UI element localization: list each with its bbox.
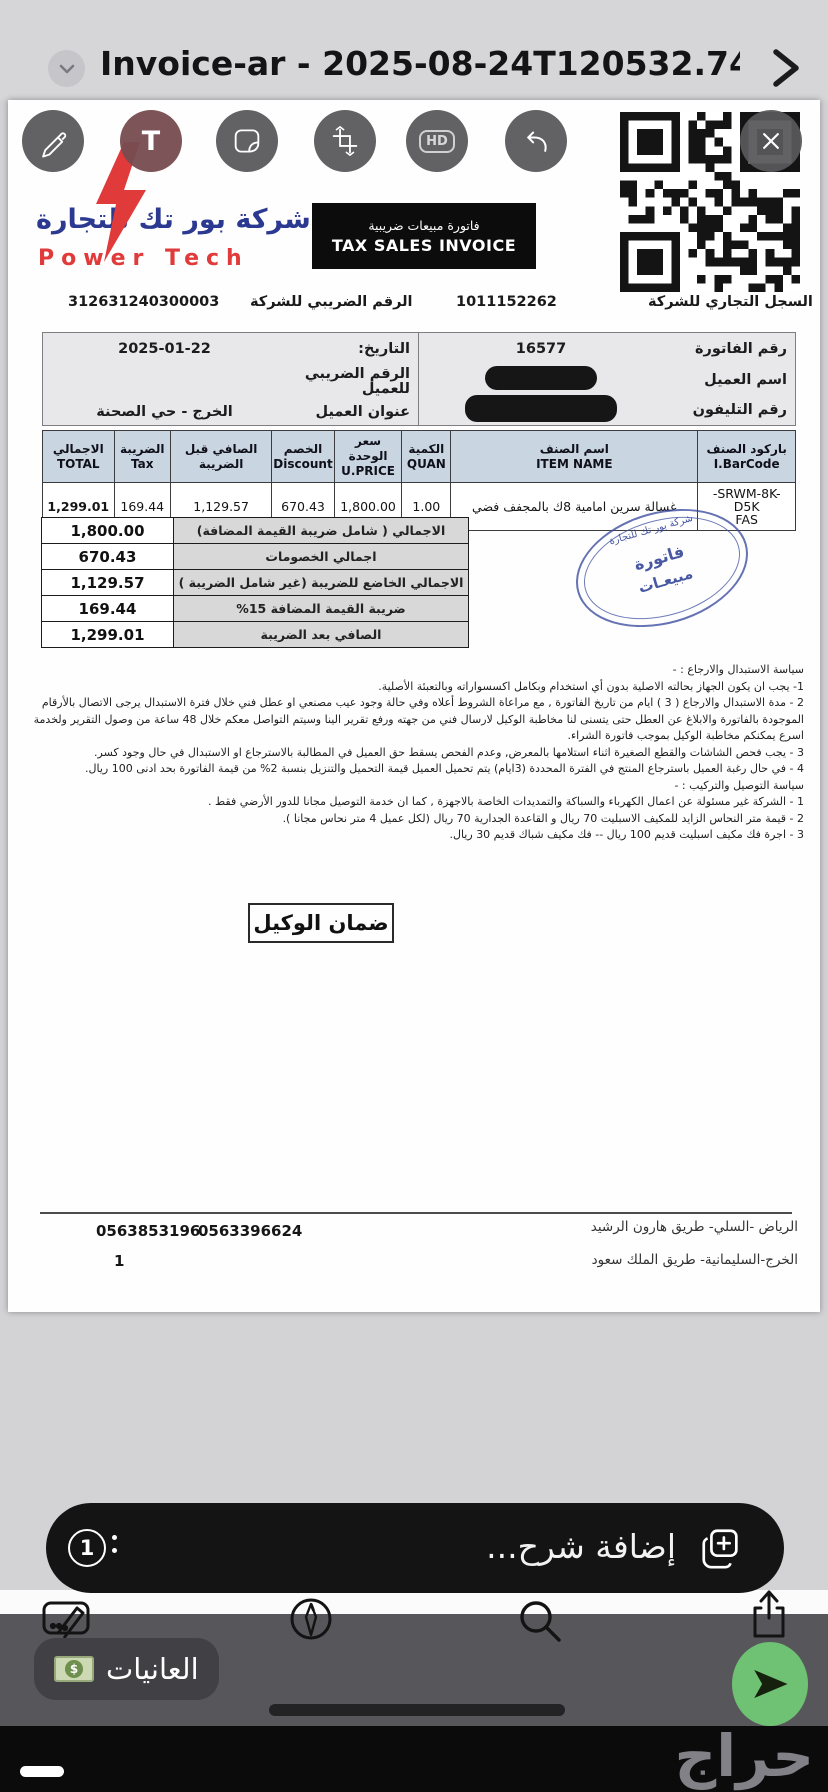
items-header-row: باركود الصنفI.BarCode اسم الصنفITEM NAME… (43, 431, 796, 483)
close-editor-button[interactable] (740, 110, 802, 172)
terms-line: 1- يجب ان يكون الجهاز بحالته الاصلية بدو… (24, 679, 804, 696)
haraj-logo: حراج (674, 1722, 814, 1790)
invoice-number-value: 16577 (419, 341, 663, 357)
company-name-arabic: شركة بور تك للتجارة (36, 204, 311, 235)
money-icon: $ (54, 1656, 94, 1682)
totals-summary-table: 1,800.00الاجمالي ( شامل ضريبة القيمة الم… (41, 517, 469, 648)
footer-divider (40, 1212, 792, 1214)
hd-badge: HD (419, 130, 455, 153)
add-caption-label: إضافة شرح... (486, 1527, 676, 1566)
customer-address-value: الخرج - حي الصحنة (43, 404, 286, 420)
commercial-register-label: السجل التجاري للشركة (648, 294, 813, 310)
terms-and-policies: سياسة الاستبدال والارجاع : - 1- يجب ان ي… (24, 662, 804, 844)
document-title: Invoice-ar - 2025-08-24T120532.74... (100, 44, 740, 83)
commercial-register-number: 1011152262 (456, 294, 557, 310)
collapse-chevron-icon[interactable] (48, 50, 85, 87)
terms-line: سياسة التوصيل والتركيب : - (24, 778, 804, 795)
undo-button[interactable] (505, 110, 567, 172)
summary-row: 1,129.57الاجمالي الخاضع للضريبة (غير شام… (42, 570, 469, 596)
footer-address-2: الخرج-السليمانية- طريق الملك سعود (592, 1252, 798, 1268)
page-indicator-badge[interactable]: 1 (68, 1529, 106, 1567)
markup-tool-button[interactable] (40, 1594, 92, 1644)
terms-line: 1 - الشركة غير مسئولة عن اعمال الكهرباء … (24, 794, 804, 811)
customer-address-label: عنوان العميل (286, 405, 418, 420)
customer-name-label: اسم العميل (663, 373, 795, 388)
summary-row: 1,299.01الصافي بعد الضريبة (42, 622, 469, 648)
col-item-name: اسم الصنفITEM NAME (451, 431, 698, 483)
date-label: التاريخ: (286, 342, 418, 357)
summary-row: 169.44ضريبة القيمة المضافة 15% (42, 596, 469, 622)
col-discount: الخصمDiscount (272, 431, 334, 483)
brand-bar: حراج (0, 1726, 828, 1792)
share-button[interactable] (746, 1588, 792, 1648)
banner-english: TAX SALES INVOICE (332, 236, 516, 255)
search-button[interactable] (515, 1596, 565, 1650)
send-button[interactable] (732, 1642, 808, 1726)
sticker-icon (230, 124, 264, 158)
sticker-tool-button[interactable] (216, 110, 278, 172)
draw-tool-button[interactable] (22, 110, 84, 172)
banner-arabic: فاتورة مبيعات ضريبية (368, 218, 479, 233)
terms-line: 3 - اجرة فك مكيف اسبليت قديم 100 ريال --… (24, 827, 804, 844)
toolbar-strip (0, 1590, 828, 1614)
text-tool-glyph: T (142, 126, 160, 157)
page-indicator-dots (112, 1535, 117, 1553)
customer-name-redacted (419, 366, 663, 394)
text-tool-button[interactable]: T (120, 110, 182, 172)
terms-line: 4 - في حال رغبة العميل باسترجاع المنتج ف… (24, 761, 804, 778)
title-bar: Invoice-ar - 2025-08-24T120532.74... (0, 0, 828, 100)
crop-rotate-button[interactable] (314, 110, 376, 172)
summary-row: 1,800.00الاجمالي ( شامل ضريبة القيمة الم… (42, 518, 469, 544)
terms-line: 2 - قيمة متر النحاس الزايد للمكيف الاسبل… (24, 811, 804, 828)
col-total: الاجماليTOTAL (43, 431, 115, 483)
registry-row: 312631240300003 الرقم الضريبي للشركة 101… (8, 294, 820, 320)
company-vat-label: الرقم الضريبي للشركة (250, 294, 413, 310)
customer-vat-label: الرقم الضريبي للعميل (286, 367, 418, 397)
send-arrow-icon (749, 1666, 791, 1702)
col-net-before-tax: الصافي قبل الضريبة (170, 431, 271, 483)
terms-line: سياسة الاستبدال والارجاع : - (24, 662, 804, 679)
col-unit-price: سعر الوحدةU.PRICE (334, 431, 402, 483)
phone-redacted (419, 395, 663, 426)
page-number: 1 (114, 1252, 124, 1270)
footer-phone-1: 0563853196 (96, 1222, 200, 1240)
close-icon (756, 126, 786, 156)
col-quantity: الكميةQUAN (402, 431, 451, 483)
invoice-info-box: رقم الفاتورة 16577 اسم العميل رقم التليف… (42, 332, 796, 426)
scroll-dash (20, 1766, 64, 1777)
undo-icon (519, 124, 553, 158)
add-caption-bar[interactable]: إضافة شرح... 1 (46, 1503, 784, 1593)
invoice-number-label: رقم الفاتورة (663, 342, 795, 357)
terms-line: 3 - يجب فحص الشاشات والقطع الصغيرة اثناء… (24, 745, 804, 762)
screen: Invoice-ar - 2025-08-24T120532.74... شرك… (0, 0, 828, 1792)
ads-chip[interactable]: $ العانيات (34, 1638, 219, 1700)
compass-tool-button[interactable] (288, 1594, 334, 1648)
col-tax: الضريبةTax (114, 431, 170, 483)
crop-rotate-icon (328, 124, 362, 158)
col-barcode: باركود الصنفI.BarCode (698, 431, 796, 483)
agent-warranty-box: ضمان الوكيل (248, 903, 394, 943)
phone-label: رقم التليفون (663, 403, 795, 418)
date-value: 2025-01-22 (43, 341, 286, 357)
forward-chevron-icon[interactable] (766, 44, 806, 92)
tax-invoice-banner: فاتورة مبيعات ضريبية TAX SALES INVOICE (312, 203, 536, 269)
terms-line: 2 - مدة الاستبدال والارجاع ( 3 ) ايام من… (24, 695, 804, 745)
hd-quality-button[interactable]: HD (406, 110, 468, 172)
home-indicator[interactable] (269, 1704, 565, 1716)
summary-row: 670.43اجمالي الخصومات (42, 544, 469, 570)
ads-chip-label: العانيات (106, 1652, 199, 1686)
footer-phone-2: 0563396624 (198, 1222, 302, 1240)
footer-address-1: الرياض -السلي- طريق هارون الرشيد (591, 1219, 798, 1235)
add-page-icon (698, 1525, 744, 1571)
company-vat-number: 312631240300003 (68, 294, 219, 310)
